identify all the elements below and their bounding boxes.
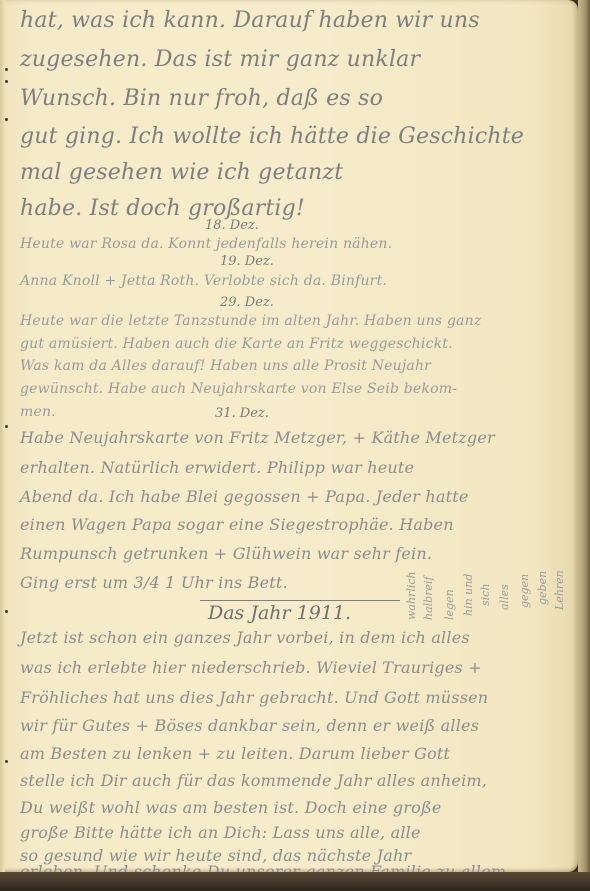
handwritten-line: mal gesehen wie ich getanzt (20, 160, 343, 185)
handwritten-line: Fröhliches hat uns dies Jahr gebracht. U… (20, 688, 488, 707)
handwritten-line: hat, was ich kann. Darauf haben wir uns (20, 8, 480, 33)
margin-note: wahrlich (405, 560, 418, 620)
margin-note: gegen (518, 558, 531, 608)
margin-note: alles (498, 560, 511, 610)
margin-note: legen (443, 560, 456, 620)
notebook-cover-edge (0, 872, 590, 891)
handwritten-line: Habe Neujahrskarte von Fritz Metzger, + … (20, 428, 495, 447)
handwritten-line: stelle ich Dir auch für das kommende Jah… (20, 771, 487, 790)
handwritten-line: Abend da. Ich habe Blei gegossen + Papa.… (20, 487, 469, 506)
handwritten-line: gut ging. Ich wollte ich hätte die Gesch… (20, 124, 524, 149)
handwritten-line: erhalten. Natürlich erwidert. Philipp wa… (20, 458, 414, 477)
handwritten-line: zugesehen. Das ist mir ganz unklar (20, 47, 420, 72)
handwritten-line: was ich erlebte hier niederschrieb. Wiev… (20, 658, 482, 677)
handwritten-line: gut amüsiert. Haben auch die Karte an Fr… (20, 336, 453, 352)
binding-hole (5, 68, 8, 71)
binding-edge (0, 0, 5, 872)
handwritten-line: am Besten zu lenken + zu leiten. Darum l… (20, 744, 450, 763)
margin-note: Lehren (553, 555, 566, 610)
handwritten-line: habe. Ist doch großartig! (20, 196, 305, 221)
handwritten-line: Du weißt wohl was am besten ist. Doch ei… (20, 798, 442, 817)
handwritten-line: erleben. Und schenke Du unserer ganzen F… (20, 862, 506, 872)
handwritten-line: Anna Knoll + Jetta Roth. Verlobte sich d… (20, 273, 387, 289)
handwritten-line: Was kam da Alles darauf! Haben uns alle … (20, 358, 431, 374)
binding-hole (5, 80, 8, 83)
handwritten-line: men. (20, 404, 56, 420)
entry-date: 19. Dez. (220, 254, 274, 269)
handwritten-line: Jetzt ist schon ein ganzes Jahr vorbei, … (20, 628, 470, 647)
entry-date: 18. Dez. (205, 218, 259, 233)
margin-note: halbreif (422, 560, 435, 620)
handwritten-line: Ging erst um 3/4 1 Uhr ins Bett. (20, 573, 288, 592)
margin-note: sich (479, 556, 492, 606)
handwritten-line: Wunsch. Bin nur froh, daß es so (20, 86, 383, 111)
diary-page: hat, was ich kann. Darauf haben wir uns … (0, 0, 578, 872)
binding-hole (5, 118, 8, 121)
section-heading: Das Jahr 1911. (208, 602, 351, 624)
handwritten-line: gewünscht. Habe auch Neujahrskarte von E… (20, 381, 457, 397)
underline (200, 600, 400, 601)
entry-date: 31. Dez. (215, 406, 269, 421)
margin-note: geben (536, 555, 549, 605)
entry-date: 29. Dez. (220, 295, 274, 310)
binding-hole (5, 760, 8, 763)
binding-hole (5, 425, 8, 428)
handwritten-line: wir für Gutes + Böses dankbar sein, denn… (20, 716, 479, 735)
page-edge (578, 0, 590, 891)
handwritten-line: Rumpunsch getrunken + Glühwein war sehr … (20, 544, 432, 563)
handwritten-line: Heute war Rosa da. Konnt jedenfalls here… (20, 236, 392, 252)
handwritten-line: einen Wagen Papa sogar eine Siegestrophä… (20, 515, 454, 534)
binding-hole (5, 610, 8, 613)
handwritten-line: Heute war die letzte Tanzstunde im alten… (20, 313, 481, 329)
margin-note: hin und (462, 556, 475, 616)
handwritten-line: große Bitte hätte ich an Dich: Lass uns … (20, 823, 421, 842)
